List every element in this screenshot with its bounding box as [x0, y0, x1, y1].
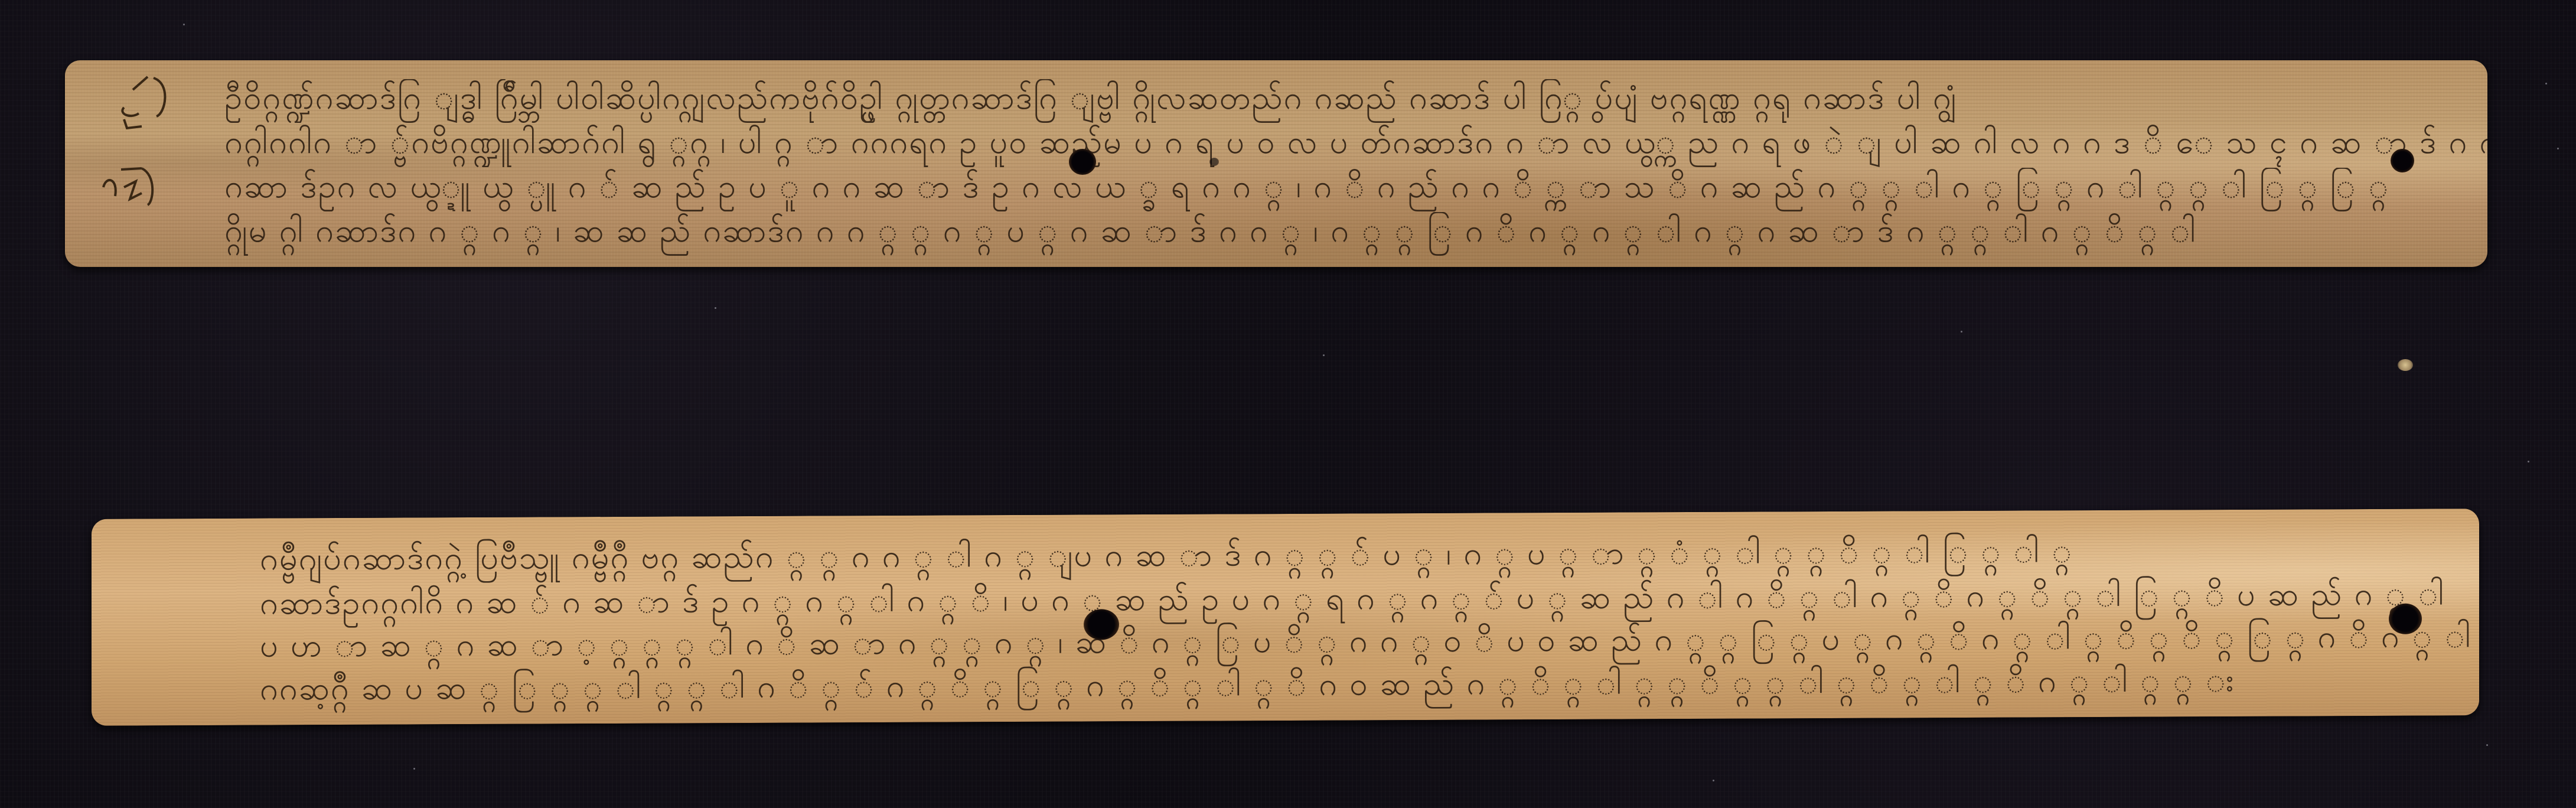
palm-leaf-bottom: ဂမ္ဗိဳဂျပ်ဂဆာဒ်ဂဂ္ဂဲ့ ပြဗိဳသ္ဗူ ဂမ္ဗိဳဂ္…	[92, 509, 2479, 726]
binding-hole-center	[1069, 149, 1096, 175]
text-line-3: ဂဆာ ဒ်ဥဂ လ ယွ္ဍူ ယွ ္ပူ ဂ ် ဆ ည် ဥ ပ ူ ဂ…	[224, 167, 2389, 213]
margin-numeral-top	[106, 72, 183, 131]
text-line-4: ဂဂဆ့ဂ္ဂိဳ ဆ ပ ဆ ္ဂ ြ ္ဂ ္ဂ ါ ္ဂ ္ဂ ါ ဂ ိ…	[260, 660, 2235, 716]
ink-spot	[1209, 158, 1219, 166]
text-line-1: ဦဝိဂ္ဂဏ္ဍ်ဂဆာဒ်ဂြ ျဒ္ဓါ ဂ်ြီမ္ဘါ ပါဝါဆိပ…	[224, 78, 1957, 125]
binding-hole-right	[2391, 149, 2414, 172]
text-line-2: ဂဂ္ဂါဂဂါဂ ာ ္ဗ်ဂဗိဂ္ဂဏ္ဍူဂါဆာဂ်ဂါ ရွ ္ဂ္…	[224, 122, 2487, 169]
binding-hole-center	[1084, 609, 1119, 640]
loose-leaf-fragment	[2398, 359, 2413, 371]
palm-leaf-top: ဦဝိဂ္ဂဏ္ဍ်ဂဆာဒ်ဂြ ျဒ္ဓါ ဂ်ြီမ္ဘါ ပါဝါဆိပ…	[65, 60, 2487, 267]
margin-numeral-bottom	[97, 146, 180, 211]
text-line-4: ဂ္ဂိုမ ဂ္ဂါ ဂဆာဒ်ဂ ဂ ္ဂ ဂ ္ဂ ၊ ဆ ဆ ည် ဂဆ…	[224, 211, 2197, 258]
binding-hole-right	[2389, 604, 2422, 634]
